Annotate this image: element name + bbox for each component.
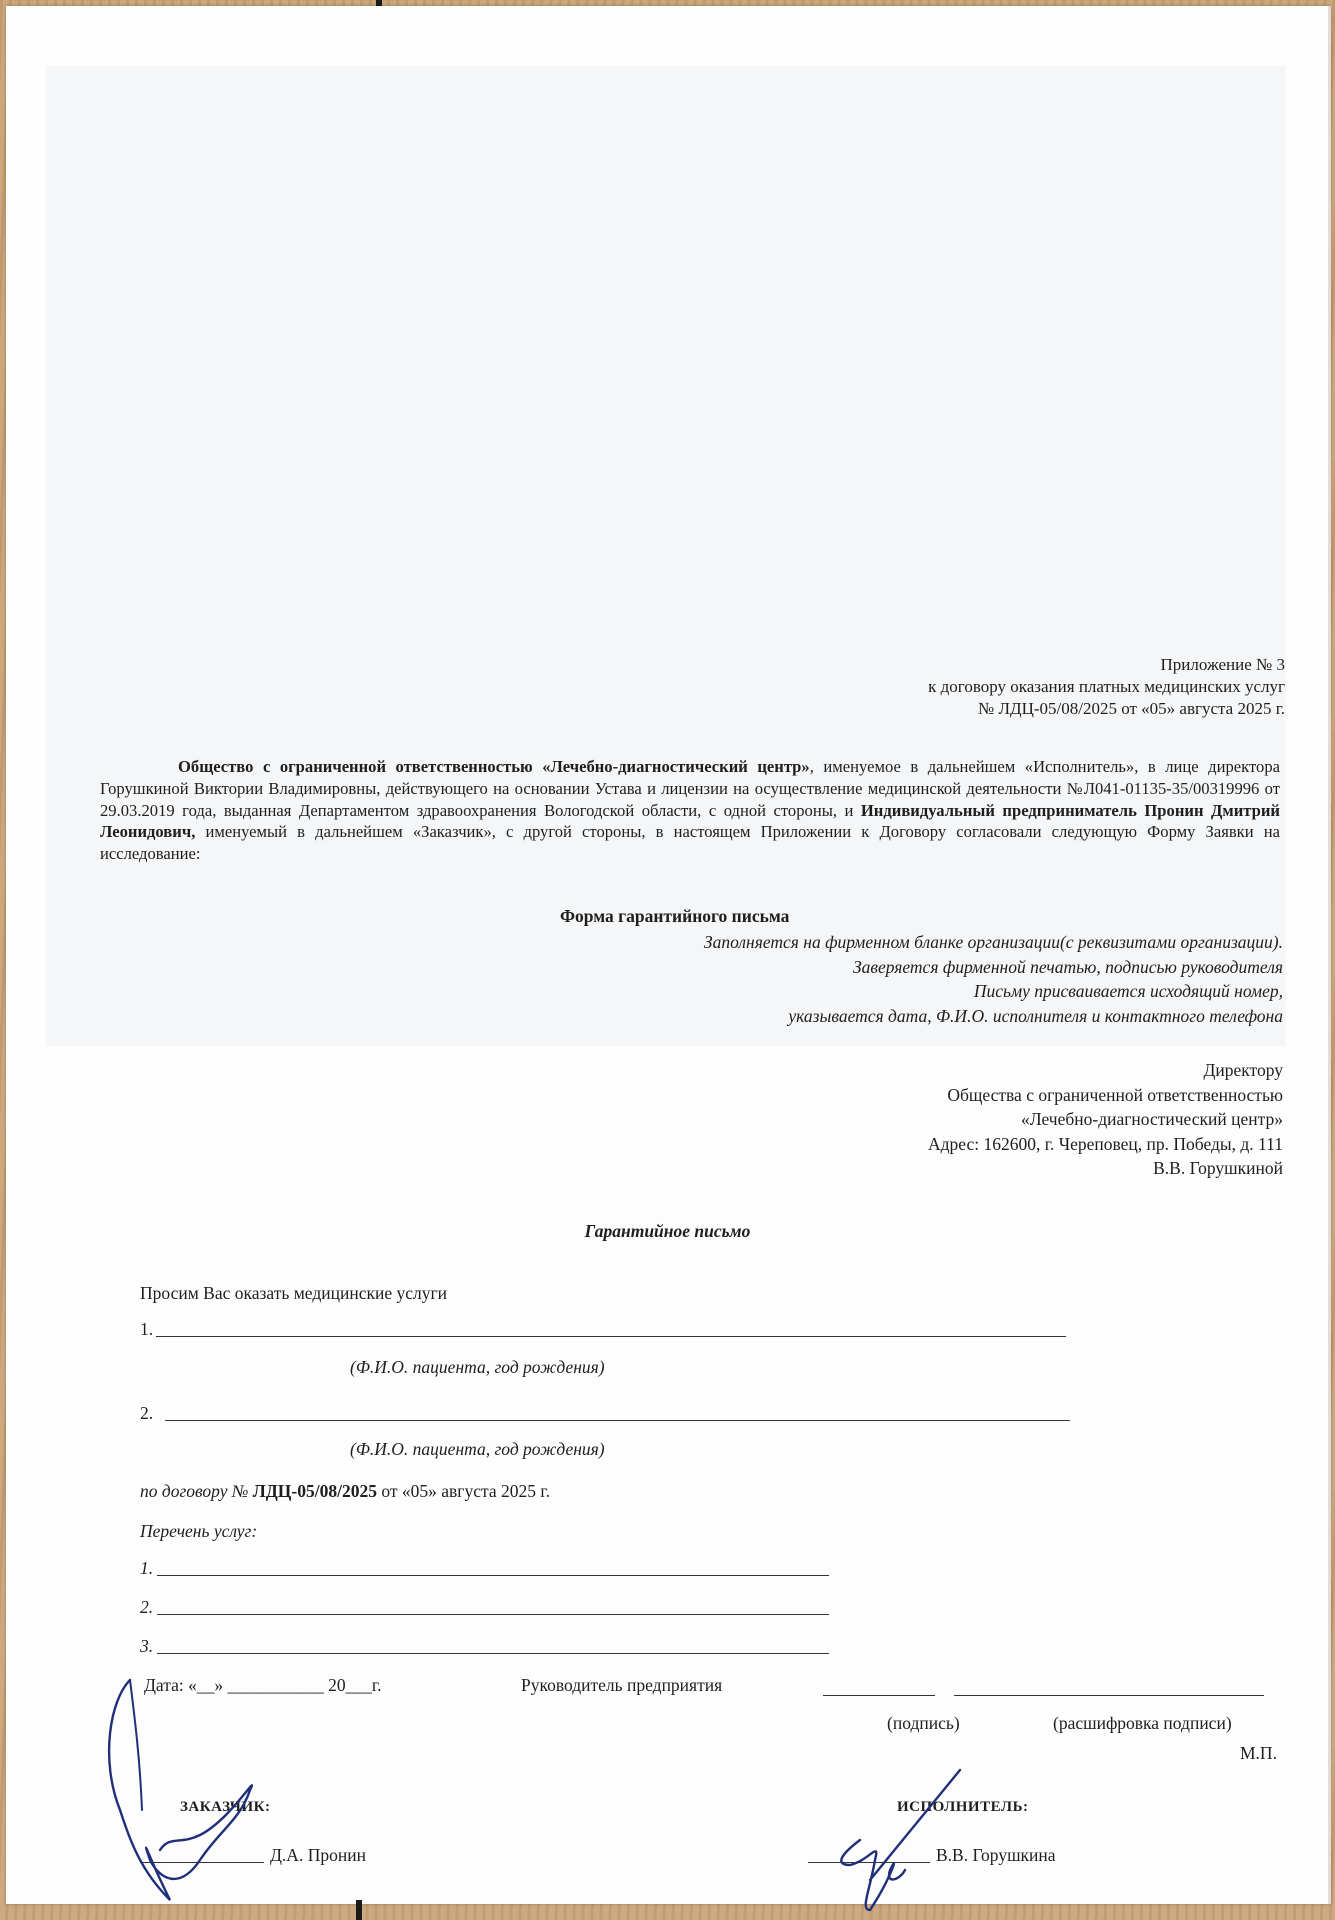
reverse-show-through <box>46 66 1286 1046</box>
intro-paragraph: Общество с ограниченной ответственностью… <box>100 756 1280 865</box>
addressee-line: «Лечебно-диагностический центр» <box>928 1107 1283 1132</box>
customer-name: Д.А. Пронин <box>270 1844 366 1866</box>
appendix-number: Приложение № 3 <box>928 654 1285 676</box>
executor-name: В.В. Горушкина <box>936 1844 1056 1866</box>
customer-signature-line <box>142 1862 264 1863</box>
letter-request: Просим Вас оказать медицинские услуги <box>140 1282 447 1304</box>
contract-date: от «05» августа 2025 г. <box>377 1481 550 1501</box>
executor-signature-line <box>808 1862 930 1863</box>
binder-clip-bottom <box>356 1900 362 1920</box>
form-title: Форма гарантийного письма <box>560 906 789 927</box>
service-3-number: 3. <box>140 1635 153 1657</box>
service-3-field[interactable] <box>157 1653 829 1654</box>
letter-title: Гарантийное письмо <box>0 1221 1335 1242</box>
patient-1-caption: (Ф.И.О. пациента, год рождения) <box>350 1356 605 1378</box>
addressee-line: Директору <box>928 1058 1283 1083</box>
appendix-header: Приложение № 3 к договору оказания платн… <box>928 654 1285 720</box>
addressee-line: Адрес: 162600, г. Череповец, пр. Победы,… <box>928 1132 1283 1157</box>
appendix-contract-ref: № ЛДЦ-05/08/2025 от «05» августа 2025 г. <box>928 698 1285 720</box>
date-field[interactable]: Дата: «__» ___________ 20___г. <box>144 1674 381 1696</box>
contract-number: ЛДЦ-05/08/2025 <box>253 1481 377 1501</box>
executor-label: ИСПОЛНИТЕЛЬ: <box>897 1796 1029 1818</box>
service-1-field[interactable] <box>157 1575 829 1576</box>
head-name-field[interactable] <box>954 1695 1264 1696</box>
addressee-line: В.В. Горушкиной <box>928 1156 1283 1181</box>
services-label: Перечень услуг: <box>140 1520 257 1542</box>
patient-2-caption: (Ф.И.О. пациента, год рождения) <box>350 1438 605 1460</box>
head-label: Руководитель предприятия <box>521 1674 722 1696</box>
patient-1-number: 1. <box>140 1318 153 1340</box>
service-2-number: 2. <box>140 1596 153 1618</box>
appendix-contract-line: к договору оказания платных медицинских … <box>928 676 1285 698</box>
decode-caption: (расшифровка подписи) <box>1053 1712 1232 1734</box>
customer-label: ЗАКАЗЧИК: <box>180 1796 270 1818</box>
addressee-block: Директору Общества с ограниченной ответс… <box>928 1058 1283 1181</box>
form-note: Письму присваивается исходящий номер, <box>704 979 1283 1004</box>
contract-prefix: по договору № <box>140 1481 253 1501</box>
form-note: Заверяется фирменной печатью, подписью р… <box>704 955 1283 980</box>
head-signature-field[interactable] <box>823 1695 935 1696</box>
form-note: указывается дата, Ф.И.О. исполнителя и к… <box>704 1004 1283 1029</box>
form-notes: Заполняется на фирменном бланке организа… <box>704 930 1283 1028</box>
service-2-field[interactable] <box>157 1614 829 1615</box>
form-note: Заполняется на фирменном бланке организа… <box>704 930 1283 955</box>
patient-2-field[interactable] <box>165 1420 1070 1421</box>
intro-text-2: именуемый в дальнейшем «Заказчик», с дру… <box>100 822 1280 863</box>
service-1-number: 1. <box>140 1557 153 1579</box>
patient-1-field[interactable] <box>156 1336 1066 1337</box>
contract-reference: по договору № ЛДЦ-05/08/2025 от «05» авг… <box>140 1480 550 1502</box>
executor-org-name: Общество с ограниченной ответственностью… <box>178 757 810 776</box>
stamp-place: М.П. <box>1240 1742 1277 1764</box>
addressee-line: Общества с ограниченной ответственностью <box>928 1083 1283 1108</box>
signature-caption: (подпись) <box>887 1712 960 1734</box>
patient-2-number: 2. <box>140 1402 153 1424</box>
